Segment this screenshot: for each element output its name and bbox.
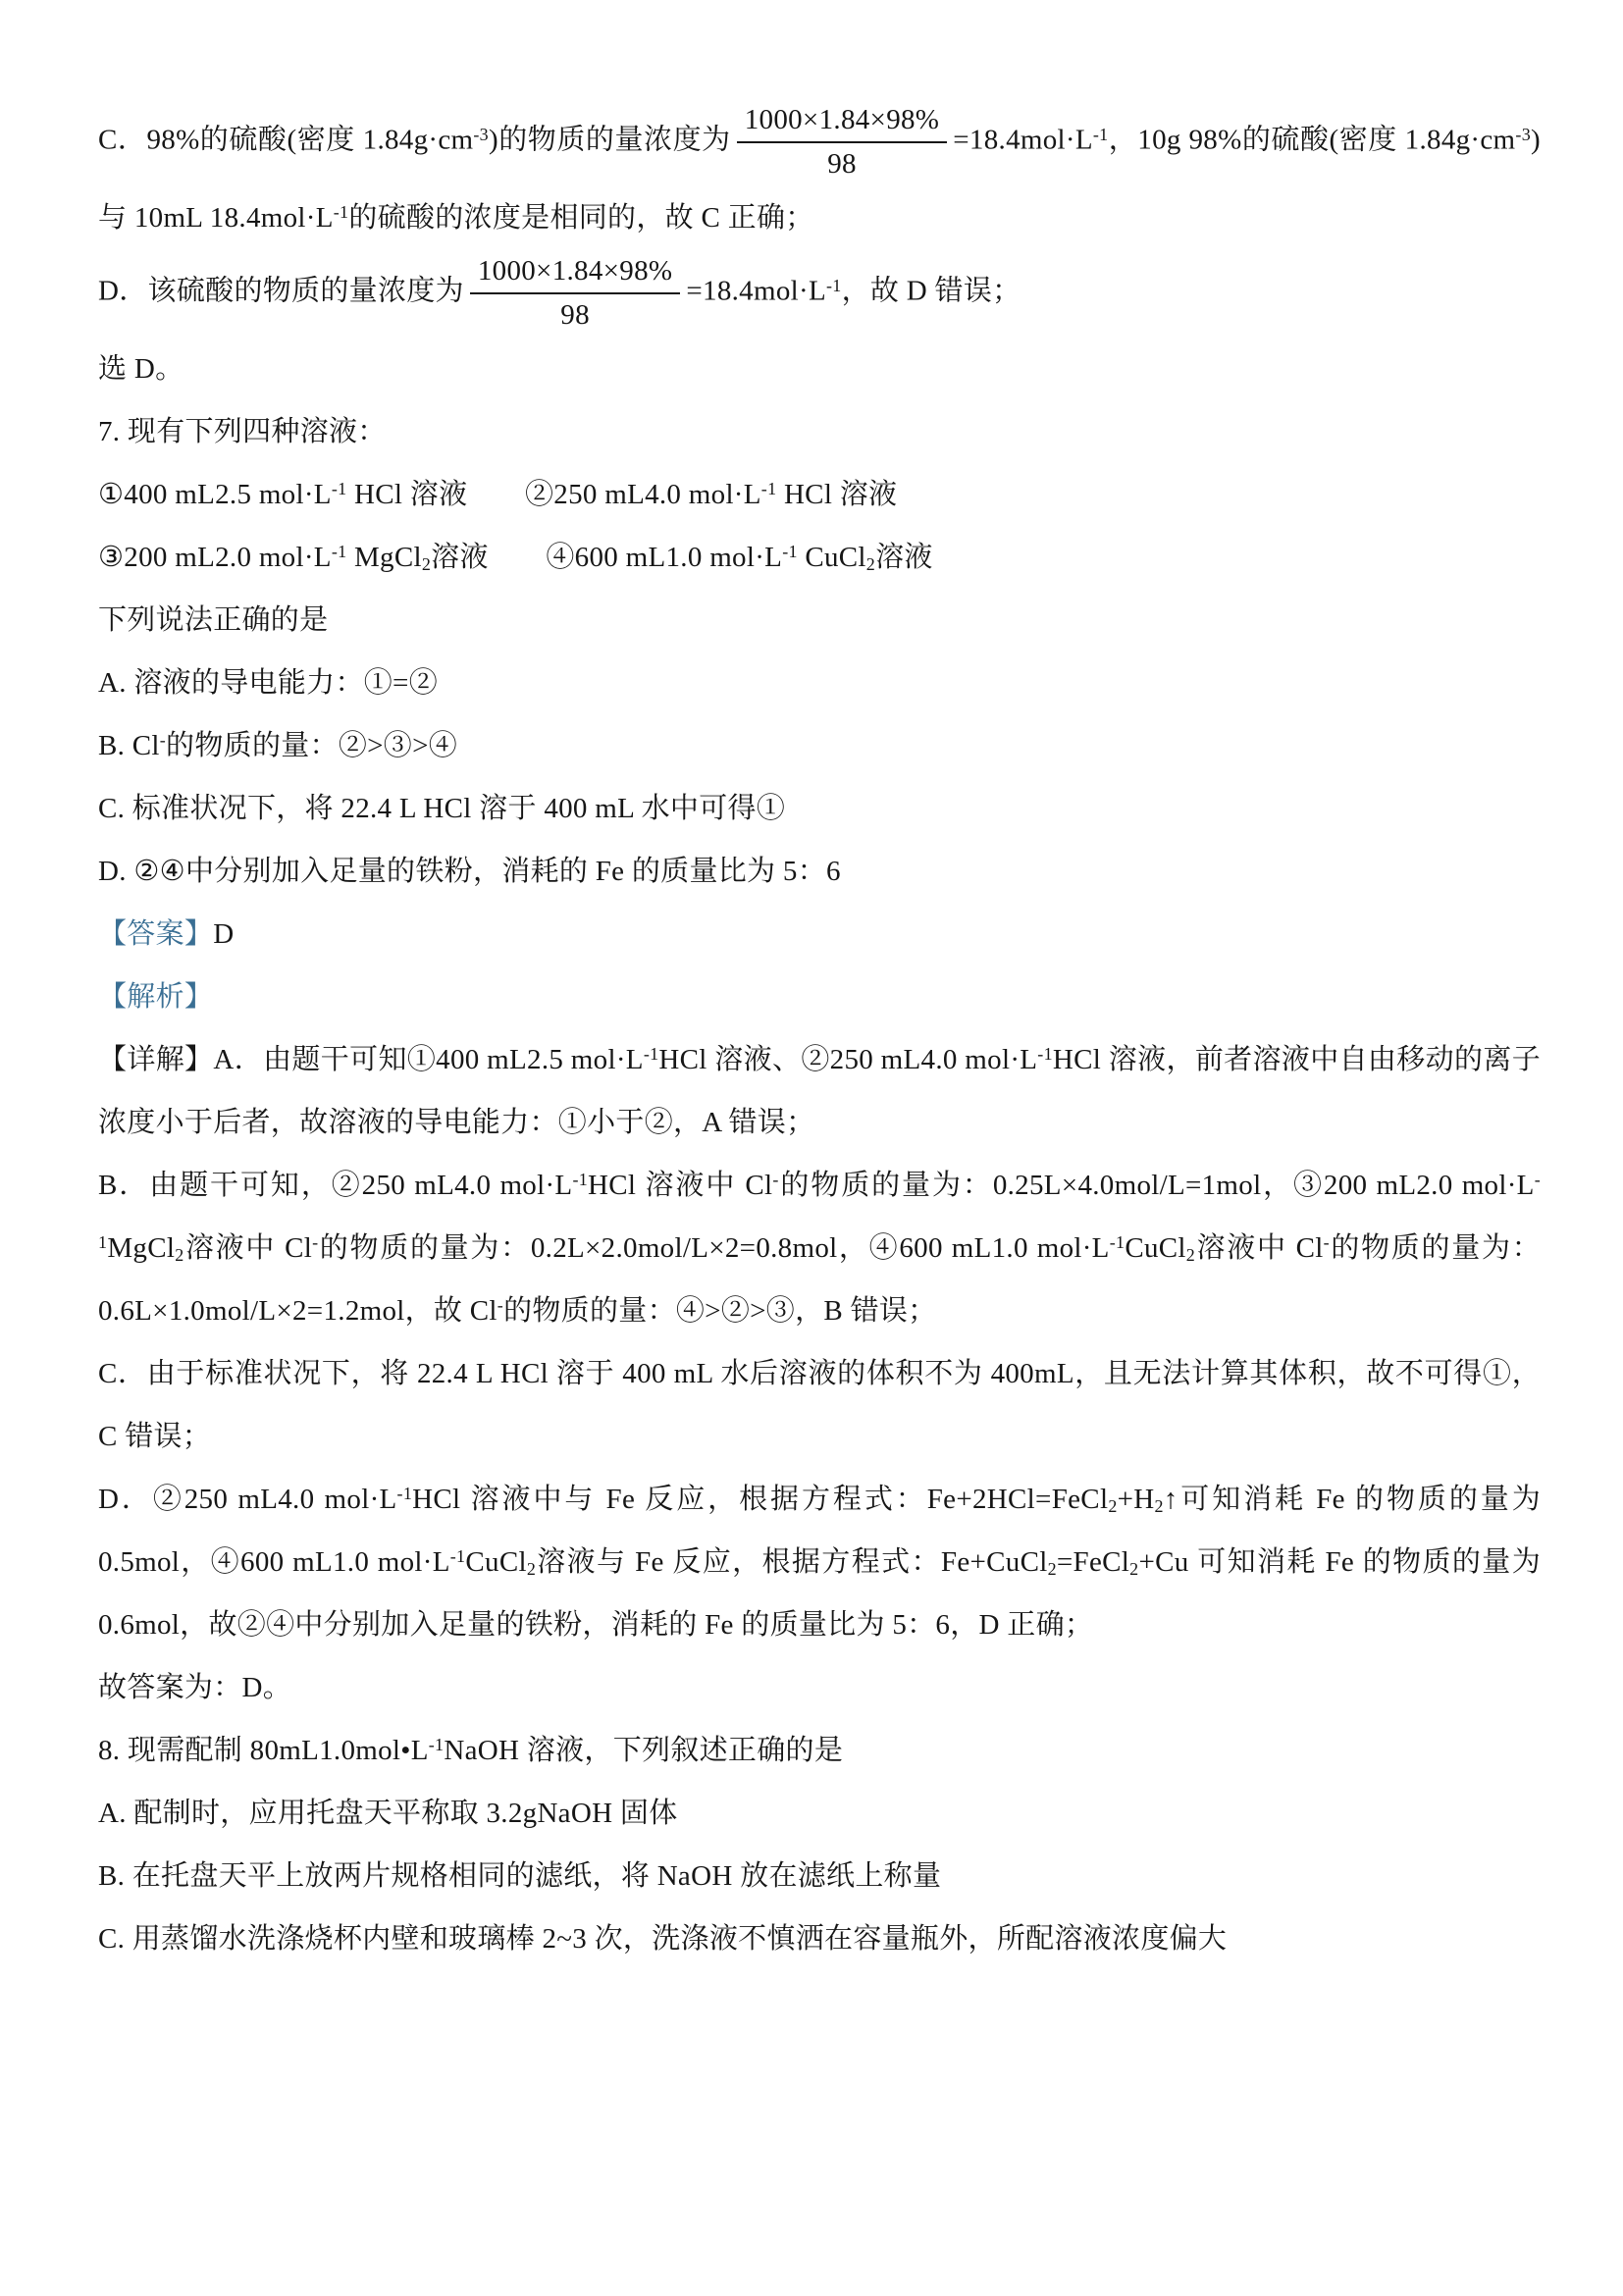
subscript: 2 (1155, 1496, 1164, 1516)
text-run: 溶液中 Cl (1195, 1232, 1324, 1264)
subscript: 2 (1186, 1245, 1195, 1265)
fraction-numerator: 1000×1.84×98% (470, 253, 681, 294)
superscript: - (312, 1232, 318, 1252)
superscript: -1 (782, 542, 798, 561)
text-run: D．该硫酸的物质的量浓度为 (98, 276, 464, 307)
q8-stem: 8. 现需配制 80mL1.0mol•L-1NaOH 溶液，下列叙述正确的是 (98, 1719, 1541, 1782)
text-run: 的物质的量为：0.2L×2.0mol/L×2=0.8mol，④600 mL1.0… (318, 1232, 1109, 1264)
q7-option-a: A. 溶液的导电能力：①=② (98, 652, 1541, 714)
text-run: HCl 溶液中与 Fe 反应，根据方程式：Fe+2HCl=FeCl (412, 1484, 1108, 1515)
q7-prompt: 下列说法正确的是 (98, 589, 1541, 652)
q7-detail-c: C．由于标准状况下，将 22.4 L HCl 溶于 400 mL 水后溶液的体积… (98, 1342, 1541, 1468)
text-run: 选 D。 (98, 353, 183, 385)
q7-option-b: B. Cl-的物质的量：②>③>④ (98, 714, 1541, 777)
text-run: CuCl (1125, 1232, 1185, 1264)
q7-analysis-label-line: 【解析】 (98, 965, 1541, 1028)
superscript: -1 (397, 1484, 413, 1503)
text-run: ，故 D 错误； (842, 276, 1021, 307)
text-run: 8. 现需配制 80mL1.0mol•L (98, 1735, 429, 1766)
superscript: - (1324, 1232, 1330, 1252)
section-label: 【解析】 (98, 981, 213, 1013)
fraction-formula: 1000×1.84×98%98 (737, 102, 948, 183)
text-run: B. 在托盘天平上放两片规格相同的滤纸，将 NaOH 放在滤纸上称量 (98, 1860, 941, 1892)
text-run: C．98%的硫酸(密度 1.84g·cm (98, 125, 473, 156)
text-run: 的物质的量：②>③>④ (166, 730, 457, 761)
fraction-formula: 1000×1.84×98%98 (470, 253, 681, 334)
text-run: 溶液与 Fe 反应，根据方程式：Fe+CuCl (536, 1546, 1047, 1578)
text-run: B. Cl (98, 730, 160, 761)
superscript: - (160, 730, 166, 750)
text-run: HCl 溶液、②250 mL4.0 mol·L (658, 1044, 1037, 1075)
text-run: 故答案为：D。 (98, 1672, 291, 1703)
superscript: -1 (332, 542, 347, 561)
q8-option-a: A. 配制时，应用托盘天平称取 3.2gNaOH 固体 (98, 1782, 1541, 1845)
text-run: D (213, 918, 234, 950)
subscript: 2 (1108, 1496, 1117, 1516)
text-run: NaOH 溶液，下列叙述正确的是 (444, 1735, 843, 1766)
text-run: ③200 mL2.0 mol·L (98, 542, 332, 573)
text-run: 溶液 ④600 mL1.0 mol·L (431, 542, 782, 573)
q7-conclusion: 故答案为：D。 (98, 1656, 1541, 1719)
superscript: -1 (334, 202, 349, 222)
superscript: -1 (450, 1546, 466, 1566)
text-run: HCl 溶液 ②250 mL4.0 mol·L (346, 479, 760, 510)
fraction-denominator: 98 (737, 143, 948, 183)
text-run: +H (1118, 1484, 1155, 1515)
text-run: HCl 溶液 (776, 479, 897, 510)
text-run: A. 溶液的导电能力：①=② (98, 667, 438, 699)
text-run: )的物质的量浓度为 (489, 125, 731, 156)
text-run: C．由于标准状况下，将 22.4 L HCl 溶于 400 mL 水后溶液的体积… (98, 1358, 1541, 1452)
text-run: 【详解】A．由题干可知①400 mL2.5 mol·L (98, 1044, 644, 1075)
text-run: CuCl (798, 542, 866, 573)
q8-option-c: C. 用蒸馏水洗涤烧杯内壁和玻璃棒 2~3 次，洗涤液不慎洒在容量瓶外，所配溶液… (98, 1907, 1541, 1970)
text-run: =18.4mol·L (686, 276, 826, 307)
q8-option-b: B. 在托盘天平上放两片规格相同的滤纸，将 NaOH 放在滤纸上称量 (98, 1845, 1541, 1907)
exam-document-body: C．98%的硫酸(密度 1.84g·cm-3)的物质的量浓度为1000×1.84… (0, 0, 1623, 1970)
text-run: 的物质的量为：0.25L×4.0mol/L=1mol，③200 mL2.0 mo… (779, 1170, 1535, 1201)
text-run: 的物质的量：④>②>③，B 错误； (503, 1295, 936, 1327)
text-run: B．由题干可知，②250 mL4.0 mol·L (98, 1170, 572, 1201)
q7-detail-d: D．②250 mL4.0 mol·L-1HCl 溶液中与 Fe 反应，根据方程式… (98, 1468, 1541, 1656)
q7-answer-line: 【答案】D (98, 903, 1541, 965)
text-run: C. 用蒸馏水洗涤烧杯内壁和玻璃棒 2~3 次，洗涤液不慎洒在容量瓶外，所配溶液… (98, 1923, 1227, 1955)
text-run: ，10g 98%的硫酸(密度 1.84g·cm (1108, 125, 1515, 156)
subscript: 2 (175, 1245, 183, 1265)
text-run: 溶液中 Cl (184, 1232, 313, 1264)
subscript: 2 (527, 1559, 536, 1579)
q7-stem: 7. 现有下列四种溶液： (98, 400, 1541, 463)
text-run: =18.4mol·L (953, 125, 1093, 156)
text-run: 下列说法正确的是 (98, 604, 328, 636)
superscript: -3 (1515, 125, 1531, 144)
q7-option-c: C. 标准状况下，将 22.4 L HCl 溶于 400 mL 水中可得① (98, 777, 1541, 840)
subscript: 2 (422, 554, 431, 574)
superscript: -1 (761, 479, 777, 498)
superscript: - (772, 1170, 778, 1189)
text-run: =FeCl (1057, 1546, 1129, 1578)
superscript: -1 (332, 479, 347, 498)
text-run: D. ②④中分别加入足量的铁粉，消耗的 Fe 的质量比为 5：6 (98, 856, 841, 887)
text-run: 溶液 (875, 542, 933, 573)
text-run: 7. 现有下列四种溶液： (98, 416, 387, 447)
section-label: 【答案】 (98, 918, 213, 950)
superscript: -1 (1110, 1232, 1126, 1252)
superscript: -1 (1037, 1044, 1053, 1064)
text-run: MgCl (346, 542, 421, 573)
q7-option-d: D. ②④中分别加入足量的铁粉，消耗的 Fe 的质量比为 5：6 (98, 840, 1541, 903)
superscript: -3 (473, 125, 489, 144)
q7-solutions-row-1: ①400 mL2.5 mol·L-1 HCl 溶液 ②250 mL4.0 mol… (98, 463, 1541, 526)
q7-detail-a: 【详解】A．由题干可知①400 mL2.5 mol·L-1HCl 溶液、②250… (98, 1028, 1541, 1154)
text-run: HCl 溶液中 Cl (588, 1170, 772, 1201)
superscript: -1 (429, 1735, 445, 1754)
q6-option-c-analysis: C．98%的硫酸(密度 1.84g·cm-3)的物质的量浓度为1000×1.84… (98, 98, 1541, 249)
text-run: CuCl (465, 1546, 526, 1578)
text-run: ①400 mL2.5 mol·L (98, 479, 332, 510)
q6-option-d-analysis: D．该硫酸的物质的量浓度为1000×1.84×98%98=18.4mol·L-1… (98, 249, 1541, 338)
fraction-denominator: 98 (470, 294, 681, 334)
q7-solutions-row-2: ③200 mL2.0 mol·L-1 MgCl2溶液 ④600 mL1.0 mo… (98, 526, 1541, 589)
text-run: 的硫酸的浓度是相同的，故 C 正确； (348, 202, 813, 234)
subscript: 2 (1129, 1559, 1138, 1579)
text-run: MgCl (107, 1232, 175, 1264)
text-run: C. 标准状况下，将 22.4 L HCl 溶于 400 mL 水中可得① (98, 793, 785, 824)
superscript: -1 (572, 1170, 588, 1189)
q7-detail-b: B．由题干可知，②250 mL4.0 mol·L-1HCl 溶液中 Cl-的物质… (98, 1154, 1541, 1342)
superscript: -1 (1093, 125, 1109, 144)
superscript: -1 (826, 276, 842, 295)
text-run: D．②250 mL4.0 mol·L (98, 1484, 397, 1515)
exam-answer-page: { "page": { "background": "#ffffff", "te… (0, 0, 1623, 2296)
superscript: -1 (644, 1044, 659, 1064)
fraction-numerator: 1000×1.84×98% (737, 102, 948, 143)
text-run: A. 配制时，应用托盘天平称取 3.2gNaOH 固体 (98, 1798, 678, 1829)
subscript: 2 (1048, 1559, 1057, 1579)
q6-conclusion: 选 D。 (98, 338, 1541, 400)
superscript: - (497, 1295, 503, 1315)
subscript: 2 (866, 554, 875, 574)
